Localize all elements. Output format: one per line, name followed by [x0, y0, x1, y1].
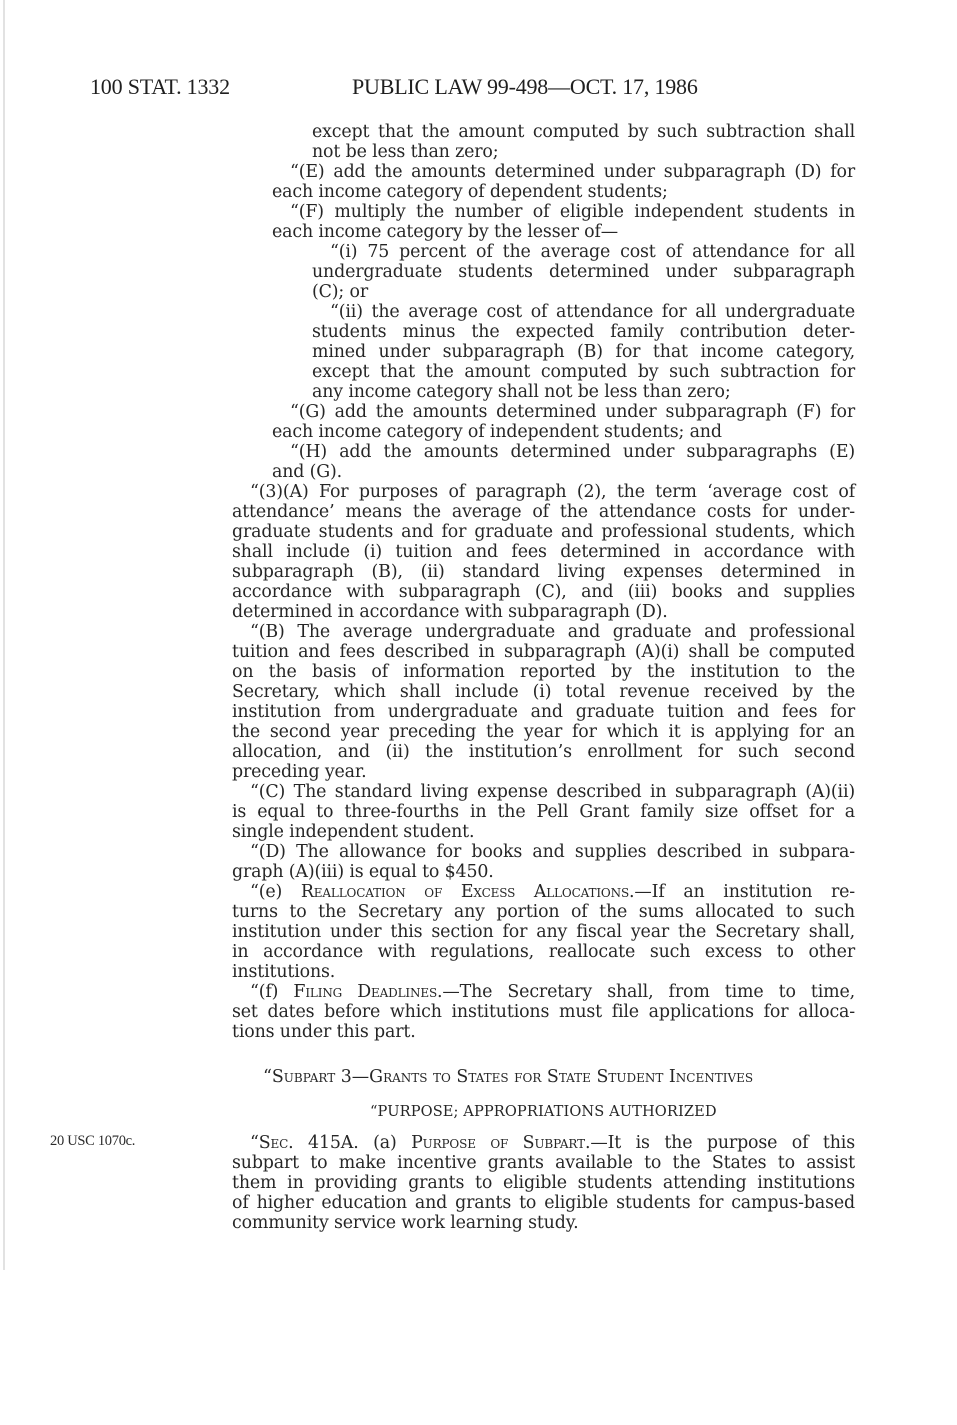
text-line: “(E) add the amounts determined under su… — [290, 162, 855, 182]
text-line: each income category of independent stud… — [272, 422, 722, 442]
text-line: not be less than zero; — [312, 142, 498, 162]
text-line: subparagraph (B), (ii) standard living e… — [232, 562, 855, 582]
text-line: “(i) 75 percent of the average cost of a… — [330, 242, 855, 262]
text-line: “(H) add the amounts determined under su… — [290, 442, 855, 462]
quote-lead: “(e) — [250, 882, 301, 902]
section-415a-line: them in providing grants to eligible stu… — [232, 1173, 855, 1193]
text-line: allocation, and (ii) the institution’s e… — [232, 742, 855, 762]
text-line: except that the amount computed by such … — [312, 362, 855, 382]
statute-page-reference: 100 STAT. 1332 — [90, 74, 230, 100]
text-line: mined under subparagraph (B) for that in… — [312, 342, 855, 362]
section-e-line: turns to the Secretary any portion of th… — [232, 902, 855, 922]
text-line: “(B) The average undergraduate and gradu… — [250, 622, 855, 642]
text-line: “(3)(A) For purposes of paragraph (2), t… — [250, 482, 855, 502]
text-line: (C); or — [312, 282, 368, 302]
text-line: on the basis of information reported by … — [232, 662, 855, 682]
section-f-text: —The Secretary shall, from time to time, — [442, 982, 855, 1002]
text-line: “(C) The standard living expense describ… — [250, 782, 855, 802]
text-line: institution from undergraduate and gradu… — [232, 702, 855, 722]
section-f-line: tions under this part. — [232, 1022, 416, 1042]
subpart-heading: “Subpart 3—Grants to States for State St… — [263, 1066, 753, 1088]
text-line: except that the amount computed by such … — [312, 122, 855, 142]
text-line: undergraduate students determined under … — [312, 262, 855, 282]
public-law-title: PUBLIC LAW 99-498—OCT. 17, 1986 — [352, 74, 698, 100]
section-f-first-line: “(f) Filing Deadlines.—The Secretary sha… — [250, 982, 855, 1002]
section-415a-title: Purpose of Subpart. — [411, 1133, 590, 1153]
section-415a-line: of higher education and grants to eligib… — [232, 1193, 855, 1213]
section-f-title: Filing Deadlines. — [293, 982, 442, 1002]
text-line: determined in accordance with subparagra… — [232, 602, 668, 622]
text-line: attendance’ means the average of the att… — [232, 502, 855, 522]
section-e-line: institution under this section for any f… — [232, 922, 855, 942]
section-415a-line: subpart to make incentive grants availab… — [232, 1153, 855, 1173]
quote-lead: “(f) — [250, 982, 293, 1002]
section-e-text: —If an institution re- — [634, 882, 855, 902]
usc-margin-note: 20 USC 1070c. — [50, 1133, 135, 1150]
text-line: preceding year. — [232, 762, 367, 782]
page-edge-line — [3, 0, 5, 1270]
purpose-heading: “purpose; appropriations authorized — [370, 1101, 717, 1123]
section-415a-text: —It is the purpose of this — [590, 1133, 855, 1153]
section-415a-line: community service work learning study. — [232, 1213, 578, 1233]
section-number: 415A. (a) — [294, 1133, 412, 1153]
text-line: “(F) multiply the number of eligible ind… — [290, 202, 855, 222]
text-line: “(G) add the amounts determined under su… — [290, 402, 855, 422]
text-line: any income category shall not be less th… — [312, 382, 731, 402]
text-line: students minus the expected family contr… — [312, 322, 855, 342]
section-e-line: in accordance with regulations, realloca… — [232, 942, 855, 962]
text-line: tuition and fees described in subparagra… — [232, 642, 855, 662]
text-line: and (G). — [272, 462, 342, 482]
section-e-first-line: “(e) Reallocation of Excess Allocations.… — [250, 882, 855, 902]
text-line: Secretary, which shall include (i) total… — [232, 682, 855, 702]
section-f-line: set dates before which institutions must… — [232, 1002, 855, 1022]
text-line: “(D) The allowance for books and supplie… — [250, 842, 855, 862]
text-line: the second year preceding the year for w… — [232, 722, 855, 742]
text-line: each income category by the lesser of— — [272, 222, 618, 242]
text-line: graph (A)(iii) is equal to $450. — [232, 862, 494, 882]
text-line: “(ii) the average cost of attendance for… — [330, 302, 855, 322]
text-line: is equal to three-fourths in the Pell Gr… — [232, 802, 855, 822]
text-line: graduate students and for graduate and p… — [232, 522, 855, 542]
text-line: each income category of dependent studen… — [272, 182, 668, 202]
text-line: single independent student. — [232, 822, 474, 842]
section-415a-first-line: “Sec. 415A. (a) Purpose of Subpart.—It i… — [250, 1133, 855, 1153]
text-line: accordance with subparagraph (C), and (i… — [232, 582, 855, 602]
quote-lead: “ — [250, 1133, 259, 1153]
section-e-title: Reallocation of Excess Allocations. — [301, 882, 635, 902]
section-label: Sec. — [259, 1133, 294, 1153]
page-header: 100 STAT. 1332 PUBLIC LAW 99-498—OCT. 17… — [0, 74, 957, 100]
text-line: shall include (i) tuition and fees deter… — [232, 542, 855, 562]
section-e-line: institutions. — [232, 962, 335, 982]
